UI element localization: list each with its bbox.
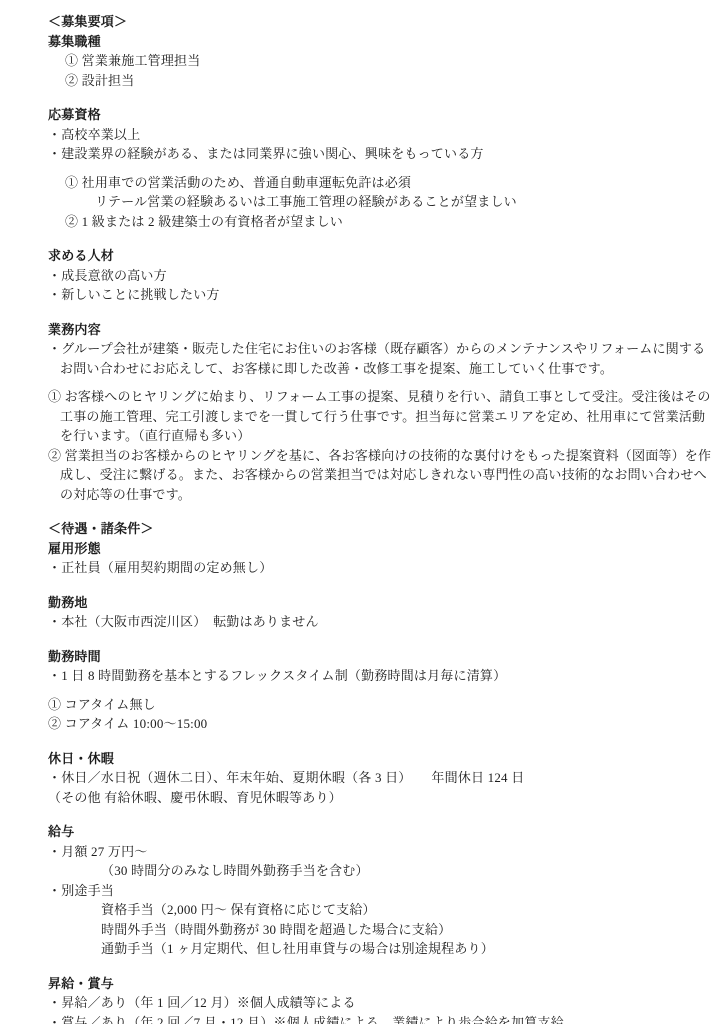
section-heading: 勤務地 xyxy=(48,593,704,613)
doc-line: ・賞与／あり（年 2 回／7 月・12 月）※個人成績による、業績により歩合給を… xyxy=(48,1013,704,1024)
doc-line: の対応等の仕事です。 xyxy=(48,485,704,505)
section-heading: ＜待遇・諸条件＞ xyxy=(48,519,704,539)
doc-line: ・休日／水日祝（週休二日）、年末年始、夏期休暇（各 3 日） 年間休日 124 … xyxy=(48,768,704,788)
section-heading: 業務内容 xyxy=(48,320,704,340)
doc-line: ② コアタイム 10:00～15:00 xyxy=(48,714,704,734)
doc-line: 資格手当（2,000 円～ 保有資格に応じて支給） xyxy=(48,900,704,920)
section-heading: 昇給・賞与 xyxy=(48,974,704,994)
section-heading: ＜募集要項＞ xyxy=(48,12,704,32)
doc-line: ・1 日 8 時間勤務を基本とするフレックスタイム制（勤務時間は月毎に清算） xyxy=(48,666,704,686)
doc-line: ・新しいことに挑戦したい方 xyxy=(48,285,704,305)
doc-line: お問い合わせにお応えして、お客様に即した改善・改修工事を提案、施工していく仕事で… xyxy=(48,359,704,379)
section-heading: 休日・休暇 xyxy=(48,749,704,769)
doc-line: 通勤手当（1 ヶ月定期代、但し社用車貸与の場合は別途規程あり） xyxy=(48,939,704,959)
section-treatment-conditions: ＜待遇・諸条件＞雇用形態・正社員（雇用契約期間の定め無し） xyxy=(48,519,704,578)
section-heading: 募集職種 xyxy=(48,32,704,52)
section-raise-bonus: 昇給・賞与・昇給／あり（年 1 回／12 月）※個人成績等による・賞与／あり（年… xyxy=(48,974,704,1024)
section-heading: 勤務時間 xyxy=(48,647,704,667)
doc-line: ・正社員（雇用契約期間の定め無し） xyxy=(48,558,704,578)
doc-line: 成し、受注に繋げる。また、お客様からの営業担当では対応しきれない専門性の高い技術… xyxy=(48,465,704,485)
doc-line: ・本社（大阪市西淀川区） 転勤はありません xyxy=(48,612,704,632)
section-heading: 求める人材 xyxy=(48,246,704,266)
doc-line: ② 営業担当のお客様からのヒヤリングを基に、各お客様向けの技術的な裏付けをもった… xyxy=(48,446,704,466)
doc-line: 工事の施工管理、完工引渡しまでを一貫して行う仕事です。担当毎に営業エリアを定め、… xyxy=(48,407,704,427)
section-work-location: 勤務地・本社（大阪市西淀川区） 転勤はありません xyxy=(48,593,704,632)
doc-line: ・成長意欲の高い方 xyxy=(48,266,704,286)
doc-line: （30 時間分のみなし時間外勤務手当を含む） xyxy=(48,861,704,881)
section-holidays-vacation: 休日・休暇・休日／水日祝（週休二日）、年末年始、夏期休暇（各 3 日） 年間休日… xyxy=(48,749,704,808)
doc-line: ② 設計担当 xyxy=(48,71,704,91)
doc-line: ・グループ会社が建築・販売した住宅にお住いのお客様（既存顧客）からのメンテナンス… xyxy=(48,339,704,359)
doc-line: ① お客様へのヒヤリングに始まり、リフォーム工事の提案、見積りを行い、請負工事と… xyxy=(48,387,704,407)
section-heading: 雇用形態 xyxy=(48,539,704,559)
section-application-qualifications: 応募資格・高校卒業以上・建設業界の経験がある、または同業界に強い関心、興味をもっ… xyxy=(48,105,704,231)
doc-line: ・月額 27 万円～ xyxy=(48,842,704,862)
doc-line: ① 社用車での営業活動のため、普通自動車運転免許は必須 xyxy=(48,173,704,193)
section-desired-personnel: 求める人材・成長意欲の高い方・新しいことに挑戦したい方 xyxy=(48,246,704,305)
doc-line: ・別途手当 xyxy=(48,881,704,901)
section-job-description: 業務内容・グループ会社が建築・販売した住宅にお住いのお客様（既存顧客）からのメン… xyxy=(48,320,704,505)
document-body: ＜募集要項＞募集職種① 営業兼施工管理担当② 設計担当応募資格・高校卒業以上・建… xyxy=(48,12,704,1024)
section-heading: 応募資格 xyxy=(48,105,704,125)
document-page: ＜募集要項＞募集職種① 営業兼施工管理担当② 設計担当応募資格・高校卒業以上・建… xyxy=(0,0,724,1024)
doc-line: ① コアタイム無し xyxy=(48,695,704,715)
doc-line: （その他 有給休暇、慶弔休暇、育児休暇等あり） xyxy=(48,788,704,808)
section-heading: 給与 xyxy=(48,822,704,842)
doc-line: 時間外手当（時間外勤務が 30 時間を超過した場合に支給） xyxy=(48,920,704,940)
doc-line: ・建設業界の経験がある、または同業界に強い関心、興味をもっている方 xyxy=(48,144,704,164)
doc-line: ・高校卒業以上 xyxy=(48,125,704,145)
doc-line: を行います。（直行直帰も多い） xyxy=(48,426,704,446)
section-recruitment-outline: ＜募集要項＞募集職種① 営業兼施工管理担当② 設計担当 xyxy=(48,12,704,90)
doc-line: リテール営業の経験あるいは工事施工管理の経験があることが望ましい xyxy=(48,192,704,212)
doc-line: ① 営業兼施工管理担当 xyxy=(48,51,704,71)
section-working-hours: 勤務時間・1 日 8 時間勤務を基本とするフレックスタイム制（勤務時間は月毎に清… xyxy=(48,647,704,734)
doc-line: ② 1 級または 2 級建築士の有資格者が望ましい xyxy=(48,212,704,232)
doc-line: ・昇給／あり（年 1 回／12 月）※個人成績等による xyxy=(48,993,704,1013)
section-salary: 給与・月額 27 万円～（30 時間分のみなし時間外勤務手当を含む）・別途手当資… xyxy=(48,822,704,959)
